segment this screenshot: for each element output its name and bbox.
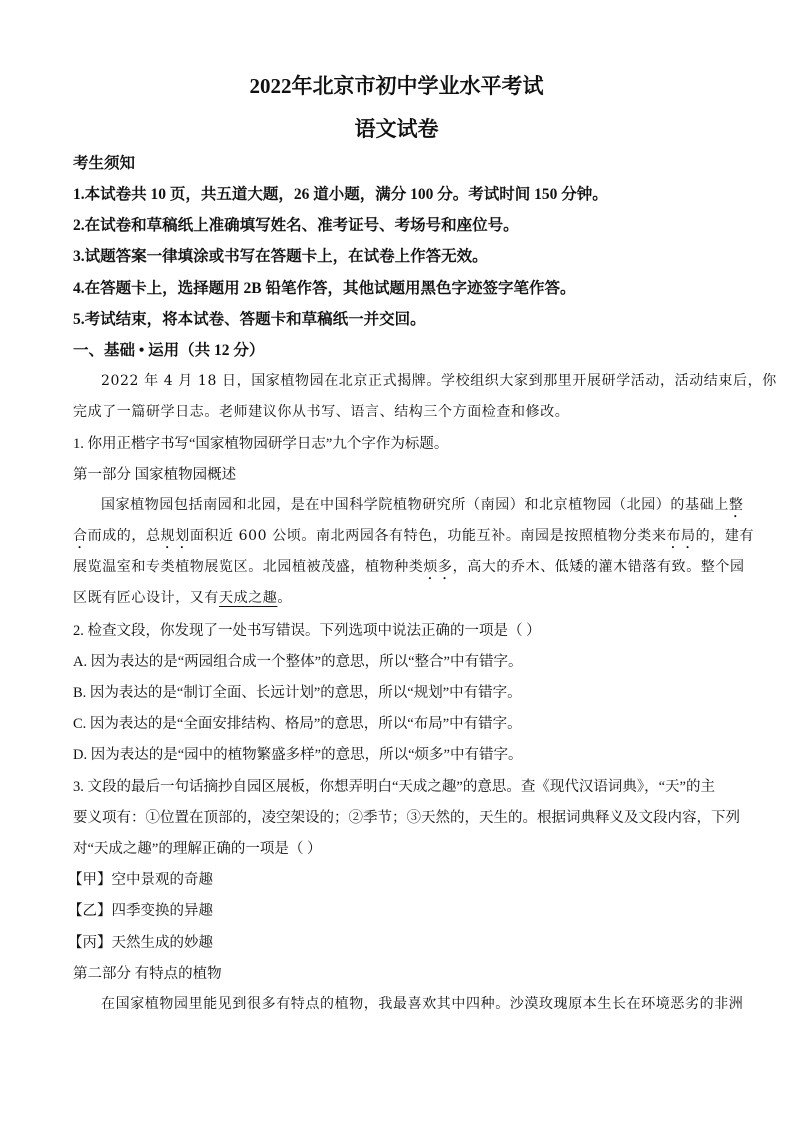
notice-item: 1.本试卷共 10 页，共五道大题，26 道小题，满分 100 分。考试时间 1… <box>73 182 608 204</box>
notice-item: 2.在试卷和草稿纸上准确填写姓名、准考证号、考场号和座位号。 <box>73 213 519 235</box>
text-segment: 区既有匠心设计，又有 <box>73 590 219 606</box>
part2-paragraph-line: 在国家植物园里能见到很多有特点的植物，我最喜欢其中四种。沙漠玫瑰原本生长在环境恶… <box>101 993 743 1013</box>
text-segment: 而成的，总 <box>88 528 161 544</box>
question-3-stem-line: 3. 文段的最后一句话摘抄自园区展板，你想弄明白“天成之趣”的意思。查《现代汉语… <box>73 775 715 796</box>
question-3-stem-line: 要义项有：①位置在顶部的，凌空架设的；②季节；③天然的，天生的。根据词典释义及文… <box>73 806 740 827</box>
intro-paragraph-line: 2022 年 4 月 18 日，国家植物园在北京正式揭牌。学校组织大家到那里开展… <box>101 370 777 390</box>
part1-paragraph-line: 国家植物园包括南园和北园，是在中国科学院植物研究所（南园）和北京植物园（北园）的… <box>101 494 743 521</box>
exam-page: 2022年北京市初中学业水平考试 语文试卷 考生须知 1.本试卷共 10 页，共… <box>0 0 793 1122</box>
question-2-option-a: A. 因为表达的是“两园组合成一个整体”的意思，所以“整合”中有错字。 <box>73 650 522 671</box>
intro-paragraph-line: 完成了一篇研学日志。老师建议你从书写、语言、结构三个方面检查和修改。 <box>73 401 569 421</box>
question-1: 1. 你用正楷字书写“国家植物园研学日志”九个字作为标题。 <box>73 432 448 453</box>
question-3-option-jia: 【甲】空中景观的奇趣 <box>68 868 213 889</box>
question-3-option-bing: 【丙】天然生成的妙趣 <box>68 931 213 952</box>
part1-heading: 第一部分 国家植物园概述 <box>73 463 236 484</box>
text-segment: 。 <box>277 590 292 606</box>
underlined-phrase: 天成之趣 <box>219 590 277 606</box>
question-2-stem: 2. 检查文段，你发现了一处书写错误。下列选项中说法正确的一项是（ ） <box>73 619 541 640</box>
text-segment: ，高大的乔木、低矮的灌木错落有致。整个园 <box>453 559 745 575</box>
emphasized-word: 合 <box>73 528 88 544</box>
question-2-option-d: D. 因为表达的是“园中的植物繁盛多样”的意思，所以“烦多”中有错字。 <box>73 743 522 764</box>
notice-item: 4.在答题卡上，选择题用 2B 铅笔作答，其他试题用黑色字迹签字笔作答。 <box>73 276 575 298</box>
text-segment: 展览温室和专类植物展览区。北园植被茂盛，植物种类 <box>73 559 423 575</box>
notice-item: 3.试题答案一律填涂或书写在答题卡上，在试卷上作答无效。 <box>73 244 488 266</box>
exam-subtitle: 语文试卷 <box>0 113 793 143</box>
emphasized-word: 规划 <box>161 528 190 544</box>
exam-title: 2022年北京市初中学业水平考试 <box>0 70 793 100</box>
emphasized-word: 整 <box>729 497 744 513</box>
text-segment: 国家植物园包括南园和北园，是在中国科学院植物研究所（南园）和北京植物园（北园）的… <box>101 497 729 513</box>
question-3-stem-line: 对“天成之趣”的理解正确的一项是（ ） <box>73 837 322 858</box>
part2-heading: 第二部分 有特点的植物 <box>73 962 222 983</box>
notice-heading: 考生须知 <box>73 151 135 173</box>
question-3-option-yi: 【乙】四季变换的异趣 <box>68 899 213 920</box>
text-segment: 面积近 600 公顷。南北两园各有特色，功能互补。南园是按照植物分类来 <box>190 528 667 544</box>
notice-item: 5.考试结束，将本试卷、答题卡和草稿纸一并交回。 <box>73 307 426 329</box>
emphasized-word: 烦多 <box>423 559 452 575</box>
part1-paragraph-line: 区既有匠心设计，又有天成之趣。 <box>73 587 292 607</box>
question-2-option-c: C. 因为表达的是“全面安排结构、格局”的意思，所以“布局”中有错字。 <box>73 712 522 733</box>
section-heading: 一、基础 • 运用（共 12 分） <box>73 338 264 360</box>
part1-paragraph-line: 合而成的，总规划面积近 600 公顷。南北两园各有特色，功能互补。南园是按照植物… <box>73 525 754 552</box>
emphasized-word: 布局 <box>666 528 695 544</box>
question-2-option-b: B. 因为表达的是“制订全面、长远计划”的意思，所以“规划”中有错字。 <box>73 681 522 702</box>
part1-paragraph-line: 展览温室和专类植物展览区。北园植被茂盛，植物种类烦多，高大的乔木、低矮的灌木错落… <box>73 556 745 583</box>
text-segment: 的，建有 <box>696 528 754 544</box>
